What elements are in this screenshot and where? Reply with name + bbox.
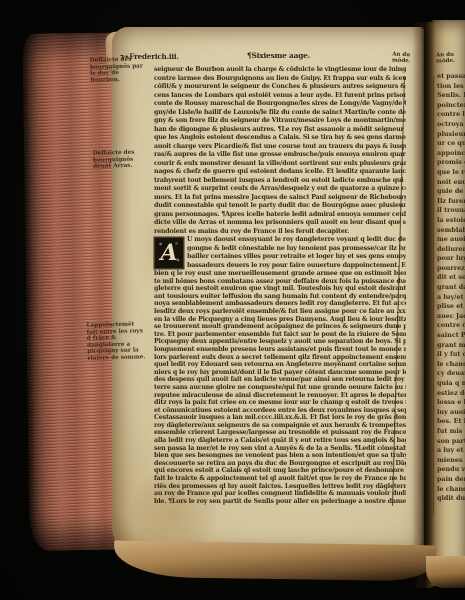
text-line: a luy et luy r <box>437 446 465 456</box>
next-leaf-text: et passa partion les genSenlis. Et lpoin… <box>437 72 465 504</box>
text-line: le chancellier <box>437 360 465 370</box>
text-line: gleterre qui nestoit enuiron que vingt m… <box>154 285 406 293</box>
text-line: grans personnages. ¶Apres icelle baterie… <box>154 211 406 220</box>
text-line: te mil hōmes bons combatans assez pour d… <box>154 278 406 286</box>
text-line: Picquegny deux appentis/entre lesquelz y… <box>154 338 406 346</box>
annus-mundi-note: An du mōde. <box>436 52 462 65</box>
text-line: niers q le roy luy promist/dont il le fi… <box>154 369 406 377</box>
text-line: dudit connestable qui tenoit le party du… <box>154 202 406 211</box>
text-line: riēs des promesses ql luy auoit faictes.… <box>154 483 406 491</box>
text-line: estiez de best <box>437 389 465 399</box>
text-line: grant multit <box>437 341 465 351</box>
decorated-initial: A <box>154 237 184 269</box>
text-line: cōfit/& y moururent le seigneur de Conch… <box>154 83 406 92</box>
text-line: deliurer. Je l <box>437 245 465 255</box>
text-line: poinctemen <box>437 101 465 111</box>
text-line: tre. Et pour parlementer ensemble fut fa… <box>154 331 406 339</box>
text-line: qui encores estoit a Calais ql estoit un… <box>154 467 406 475</box>
text-line: trahyrent tout bellement iusques a lendr… <box>154 177 406 186</box>
text-line: octroya tres <box>437 120 465 130</box>
text-line: le chancellier <box>437 485 465 495</box>
text-line: ensemble crierent Largesse/largesse au t… <box>154 429 406 437</box>
text-line: bailler certaines villes pour retraite e… <box>187 253 406 262</box>
text-line: que les Anglois estoient descendus a Cal… <box>154 134 406 143</box>
text-line: descouuerte se retira au pays du duc de … <box>154 460 406 468</box>
paragraph: seigneur de Bourbon auoit la charge & cō… <box>154 66 406 236</box>
text-line: lossa e la bai <box>437 398 465 408</box>
text-line: et cōmunicatiues estoient accordees entr… <box>154 407 406 415</box>
text-line: seigneur de Bourbon auoit la charge & cō… <box>154 66 406 75</box>
text-line: cens lances de Lombars qui estoiēt venus… <box>154 92 406 101</box>
text-line: la estoient le <box>437 216 465 226</box>
text-line: dicte ville de Arras et nomma les prison… <box>154 219 406 228</box>
text-line: han de digongne & plusieurs autres. ¶Le … <box>154 126 406 135</box>
text-line: bes. Et il res <box>437 417 465 427</box>
text-line: contre larmee des Bourguignons au lieu d… <box>154 75 406 84</box>
margin-note: Deffaicte des bourguignōs deuāt Arras. <box>93 149 153 170</box>
text-line: tion les gen <box>437 82 465 92</box>
text-line: Senlis. Et l <box>437 91 465 101</box>
paragraph: U moys daoust ensuyuant le roy dangleter… <box>187 236 406 270</box>
paragraph-head: A U moys daoust ensuyuant le roy danglet… <box>154 236 406 270</box>
text-line: semblablemt <box>437 226 465 236</box>
text-line: contre de luy <box>437 321 465 331</box>
text-line: bien que ses besongnes ne venoient pas b… <box>154 452 406 460</box>
text-line: en la ville de Picquegny a cinq lieues p… <box>154 316 406 324</box>
text-line: au roy de France qui par icelles congneu… <box>154 490 406 498</box>
text-line: conte de Roussy mareschal de Bourgongne/… <box>154 100 406 109</box>
text-line: il trouua le <box>437 206 465 216</box>
text-line: me auoit dō <box>437 235 465 245</box>
annus-mundi-note: An du mōde. <box>392 51 417 64</box>
text-line: ment sortit & surprint ceulx de Arras/de… <box>154 185 406 194</box>
text-line: bassadeurs deuers le roy pour faire ouue… <box>187 262 406 271</box>
text-line: lors parlerent eulx deux a secret tellem… <box>154 354 406 362</box>
text-line: fut mis en eu <box>437 427 465 437</box>
text-line: contre le roy <box>437 110 465 120</box>
text-line: lesditz deux roys parleroiēt ensemble/& … <box>154 308 406 316</box>
margin-note: Deffaicte des bourguignōs par le duc de … <box>90 56 151 84</box>
text-line: pourrez. Et <box>437 264 465 274</box>
margin-rule <box>433 76 434 514</box>
text-line: alla ledit roy dāgleterre a Calais/et qu… <box>154 437 406 445</box>
paragraph: bien q le roy eust une merueilleusement … <box>154 270 406 505</box>
text-line: rendoient es mains du roy de France il l… <box>154 228 406 237</box>
text-line: ditz roys la paix fut criee en ce mesme … <box>154 399 406 407</box>
text-line: Ilz furent <box>437 197 465 207</box>
body-text: seigneur de Bourbon auoit la charge & cō… <box>154 66 406 505</box>
book-photograph: An du mōde. et passa partion les genSenl… <box>0 0 465 600</box>
text-line: gongne & ledit cōnestable ne luy tenoien… <box>187 245 406 254</box>
text-line: terre sans aucune gloire ne conqueste/qu… <box>154 384 406 392</box>
text-line: quia q mam <box>437 379 465 389</box>
text-line: plusieurs du <box>437 130 465 140</box>
text-line: auoit charge vers Picardie/& fist une co… <box>154 143 406 152</box>
text-line: ble. ¶Lors le roy sen partit de Senlis p… <box>154 498 406 506</box>
text-line: quel ledit roy Edouard sen retourna en A… <box>154 361 406 369</box>
text-line: et passa par <box>437 72 465 82</box>
text-line: longuement ensemble presens leurs assist… <box>154 346 406 354</box>
text-line: sen passa la mer/et le roy sen vint a Am… <box>154 445 406 453</box>
text-line: promis de b <box>437 158 465 168</box>
text-line: qldit dudit p <box>437 494 465 504</box>
text-line: fait le traicte & appoinctement tel ql a… <box>154 475 406 483</box>
text-line: nages & chefz de guerre qui estoient ded… <box>154 168 406 177</box>
text-line: pain deniers <box>437 475 465 485</box>
text-line: uoya semblablement ambassadeurs deuers l… <box>154 300 406 308</box>
text-line: dit et son aff <box>437 273 465 283</box>
text-line: gny/de Lisle/le bailif de Lauxois/le fil… <box>154 109 406 118</box>
text-line: mors. Et la fut prins messire Jacques de… <box>154 194 406 203</box>
text-line: pendu volun <box>437 465 465 475</box>
text-line: pour luy fai <box>437 254 465 264</box>
text-line: bien q le roy eust une merueilleusement … <box>154 270 406 278</box>
text-line: mienes grãd <box>437 456 465 466</box>
text-line: cy deuant el <box>437 369 465 379</box>
text-line: courir & eulx monstrer deuant la ville/d… <box>154 160 406 169</box>
text-line: des despens quil auoit fait en ladicte v… <box>154 376 406 384</box>
text-line: ur ce que c <box>437 139 465 149</box>
page-header-title: ¶Sixiesme aage. <box>247 51 310 60</box>
next-leaf: An du mōde. et passa partion les genSenl… <box>430 20 465 586</box>
text-line: a luy/et bou <box>437 293 465 303</box>
text-line: plise et son a <box>437 302 465 312</box>
text-line: reputee miraculeuse de ainsi discretemen… <box>154 392 406 400</box>
text-line: grant dame <box>437 283 465 293</box>
text-line: Cestassauoir iusques a lan mil.cccc.iiii… <box>154 414 406 422</box>
margin-note: Lappoinctemēt fait entre les roys d frāc… <box>86 321 147 362</box>
text-line: ras/& aupres de la ville fist une grosse… <box>154 151 406 160</box>
text-line: gny & son frere filz du seigneur de Vitr… <box>154 117 406 126</box>
text-line: gnie de gens <box>437 187 465 197</box>
text-line: roy dāgleterre/aux seigneurs de sa compa… <box>154 422 406 430</box>
text-line: U moys daoust ensuyuant le roy dangleter… <box>187 236 406 245</box>
text-line: luy auoit est <box>437 408 465 418</box>
bottom-page-edges <box>114 540 437 581</box>
bottom-page-edges <box>426 556 465 588</box>
text-line: appoinctem <box>437 149 465 159</box>
text-line: se trouuerent moult grandement acōpaigne… <box>154 323 406 331</box>
text-line: son partie de <box>437 437 465 447</box>
text-line: il y fut on le <box>437 350 465 360</box>
text-line: que le roy v <box>437 168 465 178</box>
text-line: noit enuoya <box>437 178 465 188</box>
text-line: ant tousiours euiter leffusion du sang h… <box>154 293 406 301</box>
text-line: auec Jacque <box>437 312 465 322</box>
text-line: sainct Pierre <box>437 331 465 341</box>
